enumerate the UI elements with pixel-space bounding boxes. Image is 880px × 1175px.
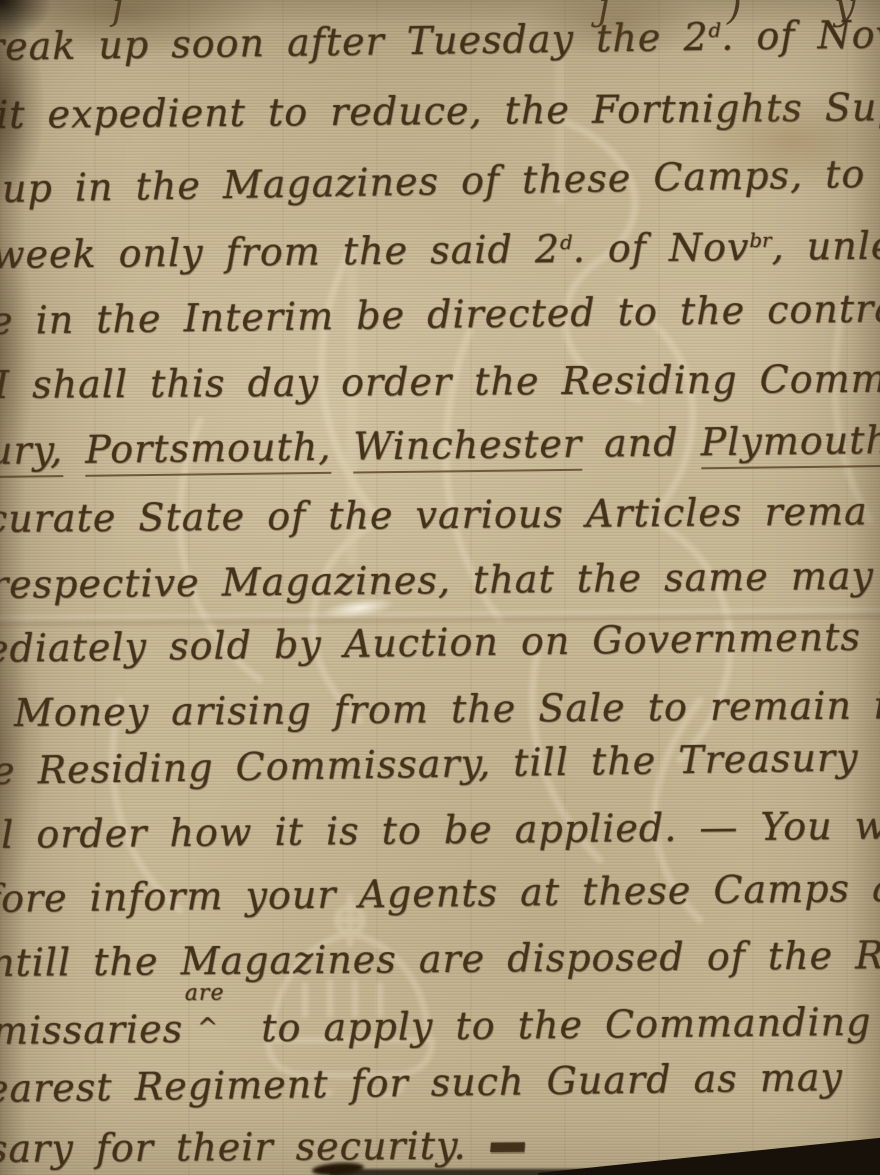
paper-edge-bottom-strip <box>330 1169 590 1175</box>
handwritten-text-segment: reak up soon after Tuesday the 2 <box>0 15 709 69</box>
superscript-abbreviation: d <box>708 19 721 42</box>
watermark-flourish <box>313 250 380 720</box>
laid-paper-texture <box>0 0 880 1175</box>
handwritten-text-segment <box>331 425 354 469</box>
underlined-place-name: ury, <box>0 428 63 478</box>
manuscript-line-18: sary for their security. — <box>0 1126 528 1168</box>
flourish-dash: — <box>488 1101 528 1175</box>
watermark-flourish <box>560 120 640 400</box>
manuscript-line-6: I shall this day order the Residing Comm <box>0 360 880 404</box>
manuscript-line-12: e Residing Commissary, till the Treasury <box>0 738 859 790</box>
manuscript-line-5: e in the Interim be directed to the cont… <box>0 289 880 340</box>
handwritten-text-segment: . of Novem <box>721 11 880 58</box>
manuscript-line-14: fore inform your Agents at these Camps a… <box>0 869 880 918</box>
manuscript-line-8: curate State of the various Articles rem… <box>0 492 868 538</box>
watermark-flourish <box>180 420 260 680</box>
handwritten-text-segment: I shall this day order the Residing Comm <box>0 357 880 407</box>
watermark-flourish <box>446 330 500 620</box>
handwritten-text-segment: curate State of the various Articles rem… <box>0 489 868 541</box>
cut-off-stroke-top: y <box>834 0 855 28</box>
underlined-place-name: Winchester <box>353 422 582 474</box>
ink-blot-bottom <box>312 1161 365 1175</box>
superscript-abbreviation: d <box>560 231 573 254</box>
handwritten-text-segment <box>63 428 86 472</box>
handwritten-text-segment: sary for their security. <box>0 1124 489 1171</box>
watermark-flourish <box>835 300 870 520</box>
horizontal-fold-crease <box>0 608 880 626</box>
watermark-flourish <box>113 700 181 910</box>
handwritten-text-segment: to apply to the Commanding O <box>239 999 880 1050</box>
manuscript-line-15: ntill the Magazines are disposed of the … <box>0 936 880 982</box>
handwriting-layer: reak up soon after Tuesday the 2d. of No… <box>0 0 880 1175</box>
cut-off-stroke-top: ſ <box>112 0 126 28</box>
watermark-flourish <box>620 300 730 760</box>
manuscript-line-2: it expedient to reduce, the Fortnights S… <box>0 88 880 134</box>
handwritten-text-segment: week only from the said 2 <box>0 227 560 277</box>
manuscript-line-16: missariesare^ to apply to the Commanding… <box>0 996 880 1050</box>
manuscript-line-17: earest Regiment for such Guard as may <box>0 1058 843 1108</box>
handwritten-text-segment: fore inform your Agents at these Camps a… <box>0 866 880 921</box>
manuscript-page: reak up soon after Tuesday the 2d. of No… <box>0 0 880 1175</box>
handwritten-text-segment: up in the Magazines of these Camps, to t… <box>2 151 880 211</box>
manuscript-line-10: ediately sold by Auction on Governments … <box>0 617 880 668</box>
underlined-place-name: Plymouth <box>700 418 880 469</box>
crease-shine-spot <box>321 594 397 622</box>
handwritten-text-segment: Money arising from the Sale to remain in… <box>14 683 880 735</box>
manuscript-line-9: respective Magazines, that the same may <box>0 557 874 604</box>
manuscript-line-3: up in the Magazines of these Camps, to t… <box>2 154 880 208</box>
handwritten-text-segment: , unle <box>771 224 880 269</box>
manuscript-line-13: ll order how it is to be applied. — You … <box>0 807 880 854</box>
superscript-abbreviation: br <box>749 229 771 252</box>
handwritten-text-segment: missaries <box>0 1007 183 1053</box>
handwritten-text-segment: respective Magazines, that the same may <box>0 554 874 607</box>
handwritten-text-segment: ll order how it is to be applied. — You … <box>0 804 880 857</box>
handwritten-text-segment: it expedient to reduce, the Fortnights S… <box>0 85 880 137</box>
watermark-crown <box>268 896 432 1095</box>
photo-vignette-and-stains <box>0 0 880 1175</box>
caret-mark: ^ <box>197 1014 219 1039</box>
cut-off-stroke-top: j <box>598 0 610 28</box>
handwritten-text-segment: . of Nov <box>572 225 749 271</box>
manuscript-line-4: week only from the said 2d. of Novbr, un… <box>0 227 880 274</box>
interlinear-insertion: are^ <box>183 1003 239 1042</box>
handwritten-text-segment: ediately sold by Auction on Governments … <box>0 614 880 671</box>
manuscript-line-7: ury, Portsmouth, Winchester and Plymouth <box>0 421 880 470</box>
handwritten-text-segment: earest Regiment for such Guard as may <box>0 1055 843 1111</box>
watermark-flourish <box>655 700 700 920</box>
handwritten-text-segment: and <box>582 420 701 465</box>
handwritten-text-segment: e Residing Commissary, till the Treasury <box>0 735 859 793</box>
manuscript-line-1: reak up soon after Tuesday the 2d. of No… <box>0 14 880 66</box>
paper-edge-bottom-right <box>538 1128 880 1175</box>
handwritten-text-segment: e in the Interim be directed to the cont… <box>0 286 880 343</box>
crown-watermark <box>0 0 880 1175</box>
cut-off-stroke-top: ) <box>727 0 742 28</box>
handwritten-text-segment: ntill the Magazines are disposed of the … <box>0 933 880 985</box>
inserted-word: are <box>185 983 225 1005</box>
watermark-flourish <box>533 640 601 860</box>
manuscript-line-11: Money arising from the Sale to remain in… <box>14 686 880 732</box>
underlined-place-name: Portsmouth, <box>85 425 332 477</box>
